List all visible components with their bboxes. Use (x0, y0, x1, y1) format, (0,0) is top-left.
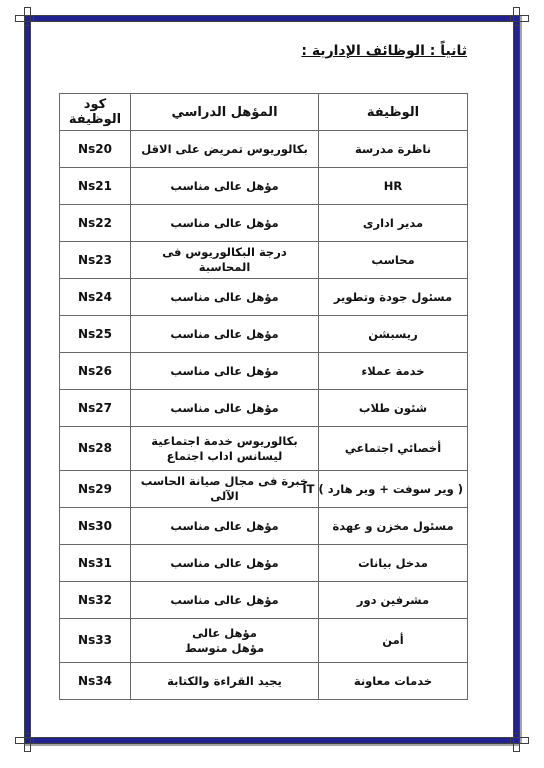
job-title-cell: مدير ادارى (319, 205, 468, 242)
job-code-cell: Ns28 (60, 427, 131, 471)
job-title-cell: IT(هاردوير+سوفتوير) (319, 471, 468, 508)
header-qualification: المؤهل الدراسي (131, 94, 319, 131)
page-border-bottom (24, 737, 520, 744)
table-row: خدمة عملاء مؤهل عالى مناسب Ns26 (60, 353, 468, 390)
qualification-cell: مؤهل عالى مناسب (131, 316, 319, 353)
job-title-cell: مشرفين دور (319, 582, 468, 619)
table-row: HR مؤهل عالى مناسب Ns21 (60, 168, 468, 205)
qualification-cell: مؤهل عالى مؤهل متوسط (131, 619, 319, 663)
table-header-row: الوظيفة المؤهل الدراسي كود الوظيفة (60, 94, 468, 131)
qualification-cell: بكالوريوس تمريض على الاقل (131, 131, 319, 168)
job-code-cell: Ns29 (60, 471, 131, 508)
qualification-cell: مؤهل عالى مناسب (131, 390, 319, 427)
table-row: ريسبشن مؤهل عالى مناسب Ns25 (60, 316, 468, 353)
table-row: خدمات معاونة يجيد القراءة والكتابة Ns34 (60, 663, 468, 700)
header-job-code: كود الوظيفة (60, 94, 131, 131)
job-code-cell: Ns34 (60, 663, 131, 700)
qualification-cell: مؤهل عالى مناسب (131, 508, 319, 545)
table-row: محاسب درجة البكالوريوس فى المحاسبة Ns23 (60, 242, 468, 279)
document-page: ثانياً : الوظائف الإدارية : الوظيفة المؤ… (0, 0, 544, 768)
qualification-cell: مؤهل عالى مناسب (131, 279, 319, 316)
table-row: مدير ادارى مؤهل عالى مناسب Ns22 (60, 205, 468, 242)
job-code-cell: Ns22 (60, 205, 131, 242)
qualification-cell: خبرة فى مجال صيانة الحاسب الآلى (131, 471, 319, 508)
job-code-cell: Ns27 (60, 390, 131, 427)
job-title-cell: أمن (319, 619, 468, 663)
job-code-cell: Ns23 (60, 242, 131, 279)
qualification-cell: بكالوريوس خدمة اجتماعية ليسانس اداب اجتم… (131, 427, 319, 471)
job-title-cell: مسئول جودة وتطوير (319, 279, 468, 316)
job-title-cell: HR (319, 168, 468, 205)
job-title-cell: مسئول مخزن و عهدة (319, 508, 468, 545)
border-corner-detail (513, 733, 520, 752)
qualification-cell: مؤهل عالى مناسب (131, 545, 319, 582)
job-title-cell: مدخل بيانات (319, 545, 468, 582)
job-code-cell: Ns25 (60, 316, 131, 353)
job-title-cell: أخصائي اجتماعي (319, 427, 468, 471)
job-title-cell: ريسبشن (319, 316, 468, 353)
table-row: مشرفين دور مؤهل عالى مناسب Ns32 (60, 582, 468, 619)
job-code-cell: Ns32 (60, 582, 131, 619)
qualification-cell: درجة البكالوريوس فى المحاسبة (131, 242, 319, 279)
job-code-cell: Ns33 (60, 619, 131, 663)
table-row: شئون طلاب مؤهل عالى مناسب Ns27 (60, 390, 468, 427)
table-row: مدخل بيانات مؤهل عالى مناسب Ns31 (60, 545, 468, 582)
table-body: ناظرة مدرسة بكالوريوس تمريض على الاقل Ns… (60, 131, 468, 700)
qualification-cell: مؤهل عالى مناسب (131, 205, 319, 242)
qualification-cell: مؤهل عالى مناسب (131, 582, 319, 619)
jobs-table: الوظيفة المؤهل الدراسي كود الوظيفة ناظرة… (59, 93, 468, 700)
page-title: ثانياً : الوظائف الإدارية : (301, 41, 467, 61)
job-code-cell: Ns21 (60, 168, 131, 205)
job-title-cell: خدمات معاونة (319, 663, 468, 700)
border-corner-detail (513, 7, 520, 26)
job-title-cell: خدمة عملاء (319, 353, 468, 390)
table-row: IT(هاردوير+سوفتوير) خبرة فى مجال صيانة ا… (60, 471, 468, 508)
border-corner-detail (24, 733, 31, 752)
page-border-left (24, 15, 31, 744)
table-row: مسئول مخزن و عهدة مؤهل عالى مناسب Ns30 (60, 508, 468, 545)
job-code-cell: Ns31 (60, 545, 131, 582)
job-code-cell: Ns24 (60, 279, 131, 316)
table-row: مسئول جودة وتطوير مؤهل عالى مناسب Ns24 (60, 279, 468, 316)
job-code-cell: Ns20 (60, 131, 131, 168)
table-row: ناظرة مدرسة بكالوريوس تمريض على الاقل Ns… (60, 131, 468, 168)
page-border-right (513, 15, 520, 744)
job-title-cell: محاسب (319, 242, 468, 279)
job-code-cell: Ns30 (60, 508, 131, 545)
table-row: أخصائي اجتماعي بكالوريوس خدمة اجتماعية ل… (60, 427, 468, 471)
table-row: أمن مؤهل عالى مؤهل متوسط Ns33 (60, 619, 468, 663)
qualification-cell: يجيد القراءة والكتابة (131, 663, 319, 700)
border-corner-detail (24, 7, 31, 26)
qualification-cell: مؤهل عالى مناسب (131, 168, 319, 205)
page-border-top (24, 15, 520, 22)
job-code-cell: Ns26 (60, 353, 131, 390)
qualification-cell: مؤهل عالى مناسب (131, 353, 319, 390)
header-job: الوظيفة (319, 94, 468, 131)
job-title-cell: شئون طلاب (319, 390, 468, 427)
job-title-cell: ناظرة مدرسة (319, 131, 468, 168)
